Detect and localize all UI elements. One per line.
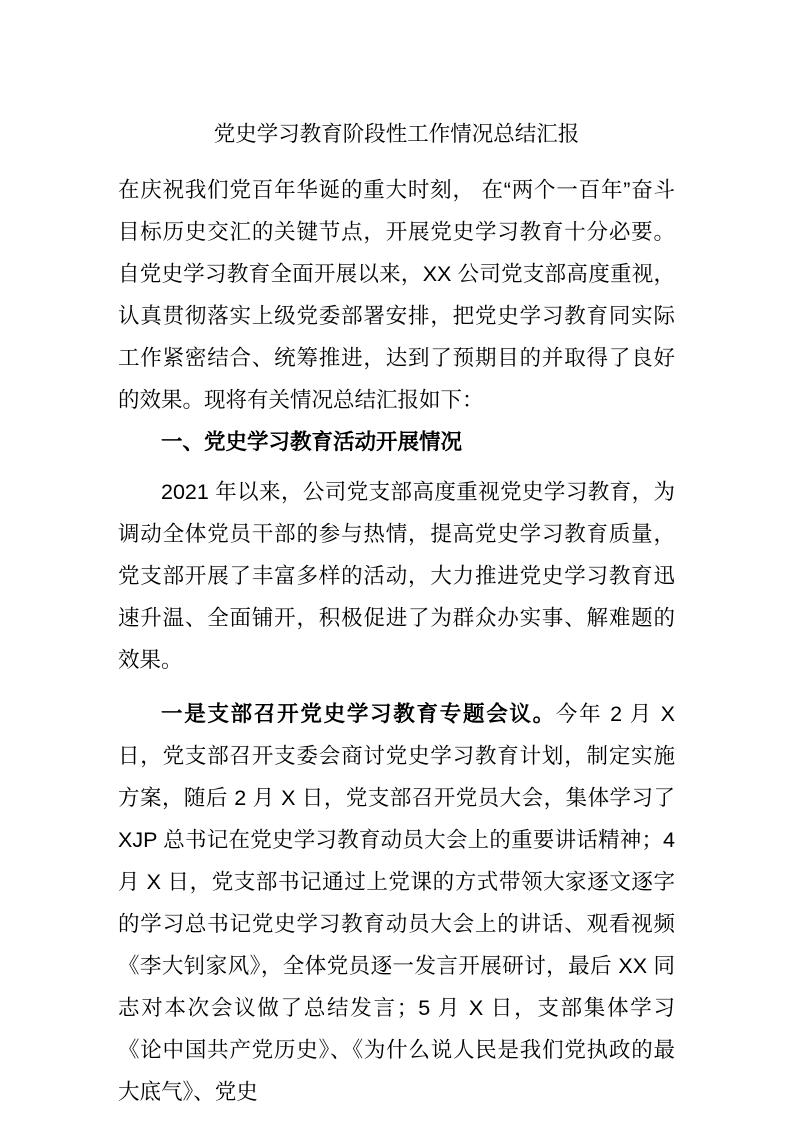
document-page: 党史学习教育阶段性工作情况总结汇报 在庆祝我们党百年华诞的重大时刻， 在“两个一… bbox=[0, 0, 793, 1122]
item-1-body-text: 今年 2 月 X 日，党支部召开支委会商讨党史学习教育计划，制定实施方案，随后 … bbox=[118, 702, 675, 1104]
section-1-heading: 一、党史学习教育活动开展情况 bbox=[118, 421, 675, 463]
intro-paragraph: 在庆祝我们党百年华诞的重大时刻， 在“两个一百年”奋斗目标历史交汇的关键节点，开… bbox=[118, 169, 675, 421]
item-1-paragraph: 一是支部召开党史学习教育专题会议。今年 2 月 X 日，党支部召开支委会商讨党史… bbox=[118, 693, 675, 1113]
document-title: 党史学习教育阶段性工作情况总结汇报 bbox=[118, 113, 675, 155]
item-1-lead-text: 一是支部召开党史学习教育专题会议。 bbox=[161, 702, 556, 726]
section-1-paragraph: 2021 年以来，公司党支部高度重视党史学习教育，为调动全体党员干部的参与热情，… bbox=[118, 471, 675, 681]
